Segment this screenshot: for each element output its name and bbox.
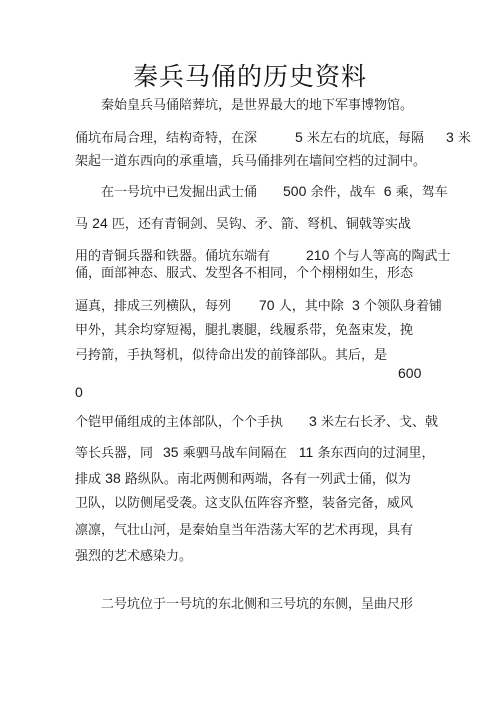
paragraph-line: 俑坑布局合理，结构奇特，在深5 米左右的坑底，每隔3 米 bbox=[75, 128, 471, 148]
text-segment: 路纵队。南北两侧和两端，各有一列武士俑，似为 bbox=[125, 472, 411, 487]
paragraph-line: 二号坑位于一号坑的东北侧和三号坑的东侧，呈曲尺形 bbox=[101, 596, 413, 614]
text-segment: 余件，战车 bbox=[311, 185, 376, 200]
text-segment: 米 bbox=[458, 131, 471, 146]
number-value: 38 bbox=[105, 470, 121, 486]
paragraph-line: 个铠甲俑组成的主体部队，个个手执3 米左右长矛、戈、戟 bbox=[75, 412, 438, 432]
paragraph-line: 排成 38 路纵队。南北两侧和两端，各有一列武士俑，似为 bbox=[75, 469, 411, 489]
paragraph-line: 秦始皇兵马俑陪葬坑，是世界最大的地下军事博物馆。 bbox=[101, 97, 413, 115]
number-value: 6 bbox=[384, 183, 392, 199]
text-segment: 人，其中除 bbox=[279, 299, 344, 314]
text-segment: 乘驷马战车间隔在 bbox=[183, 446, 287, 461]
paragraph-line: 甲外，其余均穿短褐，腿扎裹腿，线履系带，免盔束发，挽 bbox=[75, 322, 413, 340]
text-segment: 用的青铜兵器和铁器。俑坑东端有 bbox=[75, 249, 270, 264]
text-segment: 匹，还有青铜剑、吴钩、矛、箭、弩机、铜戟等实战 bbox=[112, 217, 411, 232]
text-segment: 马 bbox=[75, 217, 88, 232]
text-segment: 在一号坑中已发掘出武士俑 bbox=[101, 185, 257, 200]
text-segment: 条东西向的过洞里， bbox=[317, 446, 434, 461]
paragraph-line: 在一号坑中已发掘出武士俑500 余件，战车 6 乘，驾车 bbox=[101, 182, 448, 202]
document-title: 秦兵马俑的历史资料 bbox=[0, 60, 500, 94]
paragraph-line: 马 24 匹，还有青铜剑、吴钩、矛、箭、弩机、铜戟等实战 bbox=[75, 214, 411, 234]
paragraph-line: 凛凛，气壮山河，是秦始皇当年浩荡大军的艺术再现，具有 bbox=[75, 522, 413, 540]
number-value: 3 bbox=[309, 413, 317, 429]
text-segment: 逼真，排成三列横队，每列 bbox=[75, 299, 231, 314]
number-value: 210 bbox=[306, 247, 329, 263]
paragraph-line: 等长兵器，同35 乘驷马战车间隔在11 条东西向的过洞里， bbox=[75, 443, 434, 463]
text-segment: 个铠甲俑组成的主体部队，个个手执 bbox=[75, 415, 283, 430]
text-segment: 米左右长矛、戈、戟 bbox=[321, 415, 438, 430]
paragraph-line: 600 bbox=[398, 364, 421, 382]
text-segment: 排成 bbox=[75, 472, 101, 487]
number-value: 11 bbox=[299, 444, 314, 460]
paragraph-line: 0 bbox=[75, 383, 83, 401]
text-segment: 个领队身着铺 bbox=[364, 299, 442, 314]
paragraph-line: 用的青铜兵器和铁器。俑坑东端有210 个与人等高的陶武士 bbox=[75, 246, 451, 266]
text-segment: 等长兵器，同 bbox=[75, 446, 153, 461]
document-page: 秦兵马俑的历史资料 秦始皇兵马俑陪葬坑，是世界最大的地下军事博物馆。 俑坑布局合… bbox=[0, 0, 500, 708]
number-value: 3 bbox=[446, 129, 454, 145]
text-segment: 个与人等高的陶武士 bbox=[334, 249, 451, 264]
paragraph-line: 弓挎箭，手执弩机，似待命出发的前锋部队。其后，是 bbox=[75, 347, 387, 365]
text-segment: 乘，驾车 bbox=[396, 185, 448, 200]
paragraph-line: 俑，面部神态、服式、发型各不相同，个个栩栩如生，形态 bbox=[75, 265, 413, 283]
number-value: 500 bbox=[283, 183, 306, 199]
paragraph-line: 强烈的艺术感染力。 bbox=[75, 548, 192, 566]
number-value: 24 bbox=[92, 215, 108, 231]
paragraph-line: 架起一道东西向的承重墙，兵马俑排列在墙间空档的过洞中。 bbox=[75, 153, 426, 171]
number-value: 70 bbox=[259, 297, 275, 313]
number-value: 5 bbox=[295, 129, 303, 145]
number-value: 3 bbox=[352, 297, 360, 313]
text-segment: 俑坑布局合理，结构奇特，在深 bbox=[75, 131, 257, 146]
text-segment: 米左右的坑底，每隔 bbox=[307, 131, 424, 146]
number-value: 35 bbox=[163, 444, 179, 460]
paragraph-line: 卫队，以防侧尾受袭。这支队伍阵容齐整，装备完备，威风 bbox=[75, 495, 413, 513]
paragraph-line: 逼真，排成三列横队，每列70 人，其中除 3 个领队身着铺 bbox=[75, 296, 442, 316]
